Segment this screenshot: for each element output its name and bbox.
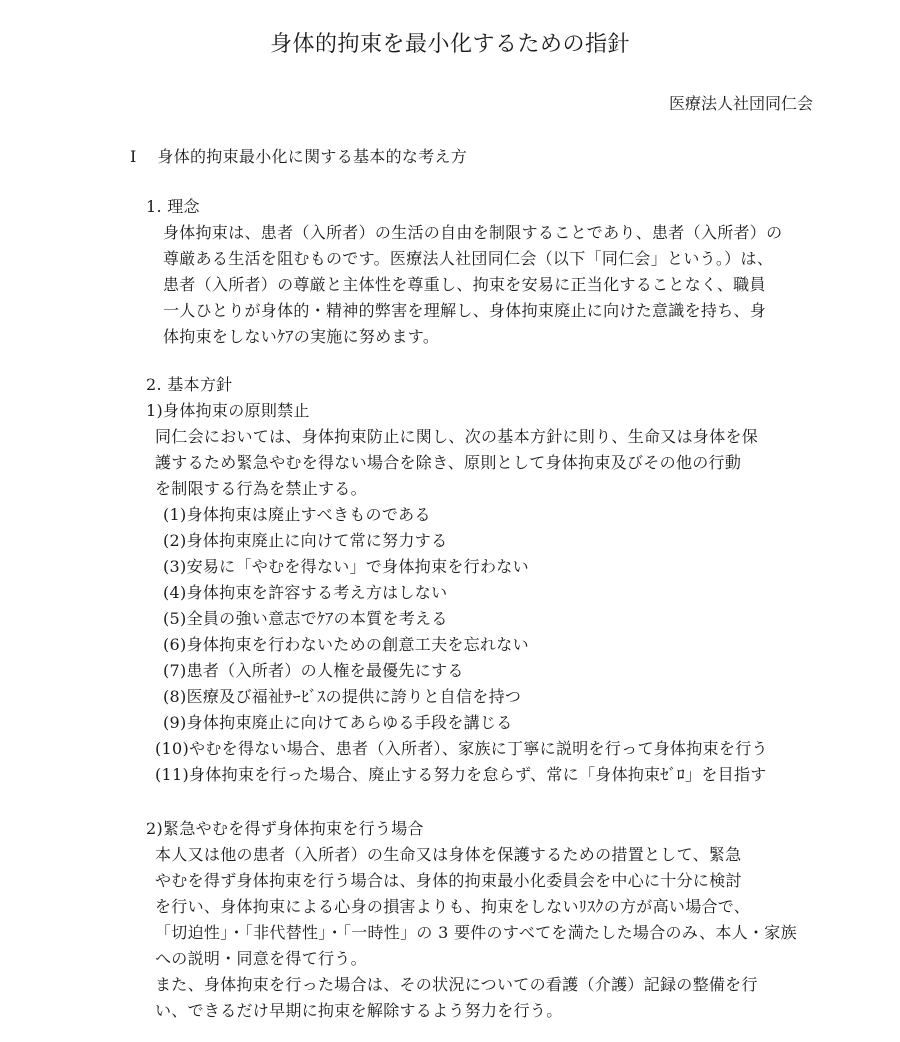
emergency-line: やむを得ず身体拘束を行う場合は、身体的拘束最小化委員会を中心に十分に検討 — [155, 869, 742, 893]
policy-item: (1)身体拘束は廃止すべきものである — [163, 503, 431, 527]
emergency-line: 本人又は他の患者（入所者）の生命又は身体を保護するための措置として、緊急 — [155, 843, 741, 867]
principle-line: 護するため緊急やむを得ない場合を除き、原則として身体拘束及びその他の行動 — [155, 451, 741, 475]
emergency-heading: 2)緊急やむを得ず身体拘束を行う場合 — [146, 817, 424, 841]
emergency-line: 「切迫性」・「非代替性」・「一時性」の 3 要件のすべてを満たした場合のみ、本人… — [155, 921, 797, 945]
emergency-line: い、できるだけ早期に拘束を解除するよう努力を行う。 — [155, 999, 563, 1023]
policy-item: (9)身体拘束廃止に向けてあらゆる手段を講じる — [163, 711, 513, 735]
policy-item: (2)身体拘束廃止に向けて常に努力する — [163, 529, 447, 553]
philosophy-line: 身体拘束は、患者（入所者）の生活の自由を制限することであり、患者（入所者）の — [163, 221, 782, 245]
philosophy-heading: 1. 理念 — [146, 195, 200, 219]
policy-item: (8)医療及び福祉ｻｰﾋﾞｽの提供に誇りと自信を持つ — [163, 685, 521, 709]
policy-item: (5)全員の強い意志でｹｱの本質を考える — [163, 607, 448, 631]
principle-line: を制限する行為を禁止する。 — [155, 477, 367, 501]
emergency-line: また、身体拘束を行った場合は、その状況についての看護（介護）記録の整備を行 — [155, 973, 758, 997]
policy-item: (10)やむを得ない場合、患者（入所者）、家族に丁寧に説明を行って身体拘束を行う — [155, 737, 768, 761]
section-heading-text: 身体的拘束最小化に関する基本的な考え方 — [157, 147, 467, 166]
policy-item: (4)身体拘束を許容する考え方はしない — [163, 581, 447, 605]
emergency-line: への説明・同意を得て行う。 — [155, 947, 367, 971]
principle-heading: 1)身体拘束の原則禁止 — [146, 399, 310, 423]
organization-name: 医療法人社団同仁会 — [669, 92, 813, 116]
principle-line: 同仁会においては、身体拘束防止に関し、次の基本方針に則り、生命又は身体を保 — [155, 425, 758, 449]
policy-item: (11)身体拘束を行った場合、廃止する努力を怠らず、常に「身体拘束ｾﾞﾛ」を目指… — [155, 763, 767, 787]
policy-item: (3)安易に「やむを得ない」で身体拘束を行わない — [163, 555, 529, 579]
philosophy-line: 一人ひとりが身体的・精神的弊害を理解し、身体拘束廃止に向けた意識を持ち、身 — [163, 299, 766, 323]
emergency-line: を行い、身体拘束による心身の損害よりも、拘束をしないﾘｽｸの方が高い場合で、 — [155, 895, 750, 919]
policy-item: (7)患者（入所者）の人権を最優先にする — [163, 659, 464, 683]
philosophy-line: 体拘束をしないｹｱの実施に努めます。 — [163, 325, 439, 349]
philosophy-line: 患者（入所者）の尊厳と主体性を尊重し、拘束を安易に正当化することなく、職員 — [163, 273, 766, 297]
section-numeral: I — [130, 145, 152, 169]
section-heading: I 身体的拘束最小化に関する基本的な考え方 — [130, 145, 467, 169]
document-title: 身体的拘束を最小化するための指針 — [0, 30, 900, 60]
policy-item: (6)身体拘束を行わないための創意工夫を忘れない — [163, 633, 529, 657]
document-page: 身体的拘束を最小化するための指針 医療法人社団同仁会 I 身体的拘束最小化に関す… — [0, 0, 900, 1042]
basic-policy-heading: 2. 基本方針 — [146, 373, 232, 397]
philosophy-line: 尊厳ある生活を阻むものです。医療法人社団同仁会（以下「同仁会」という。）は、 — [163, 247, 773, 271]
